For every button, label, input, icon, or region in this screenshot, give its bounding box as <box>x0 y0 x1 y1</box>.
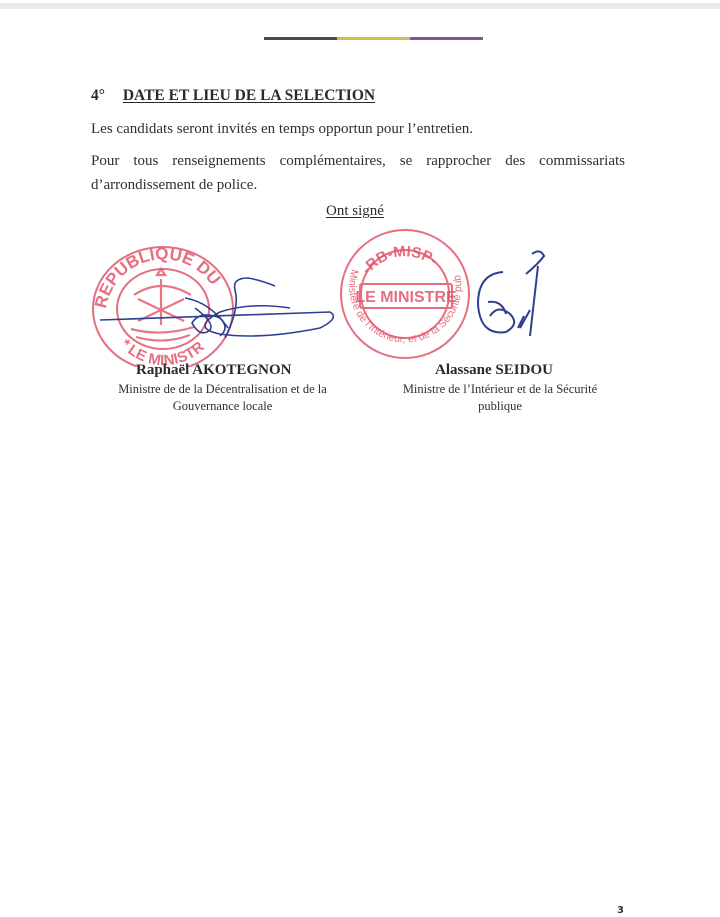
divider-segment-1 <box>264 37 337 40</box>
signatory-name-1: Raphaël AKOTEGNON <box>136 362 291 379</box>
top-band <box>0 3 720 9</box>
divider-segment-3 <box>410 37 483 40</box>
stamp-ministere-interieur: -RB-MISP- Ministère de l’Intérieur, et d… <box>338 227 472 361</box>
divider-segment-2 <box>337 37 410 40</box>
svg-text:LE MINISTRE: LE MINISTRE <box>355 289 457 306</box>
section-number: 4° <box>91 87 105 104</box>
signed-label: Ont signé <box>326 203 384 220</box>
section-title: DATE ET LIEU DE LA SELECTION <box>123 87 375 104</box>
signatory-role-1: Ministre de de la Décentralisation et de… <box>100 381 345 415</box>
svg-text:-RB-MISP-: -RB-MISP- <box>358 243 441 278</box>
page-number: 3 <box>617 905 624 916</box>
signatory-role-2: Ministre de l’Intérieur et de la Sécurit… <box>380 381 620 415</box>
signatory-name-2: Alassane SEIDOU <box>435 362 553 379</box>
signature-seidou <box>468 244 558 349</box>
paragraph-info-line2: d’arrondissement de police. <box>91 177 257 194</box>
section-heading: 4° DATE ET LIEU DE LA SELECTION <box>91 87 375 105</box>
signature-akotegnon <box>100 268 340 353</box>
header-divider <box>264 37 483 40</box>
paragraph-info-line1: Pour tous renseignements complémentaires… <box>91 153 625 170</box>
paragraph-interview: Les candidats seront invités en temps op… <box>91 121 473 138</box>
